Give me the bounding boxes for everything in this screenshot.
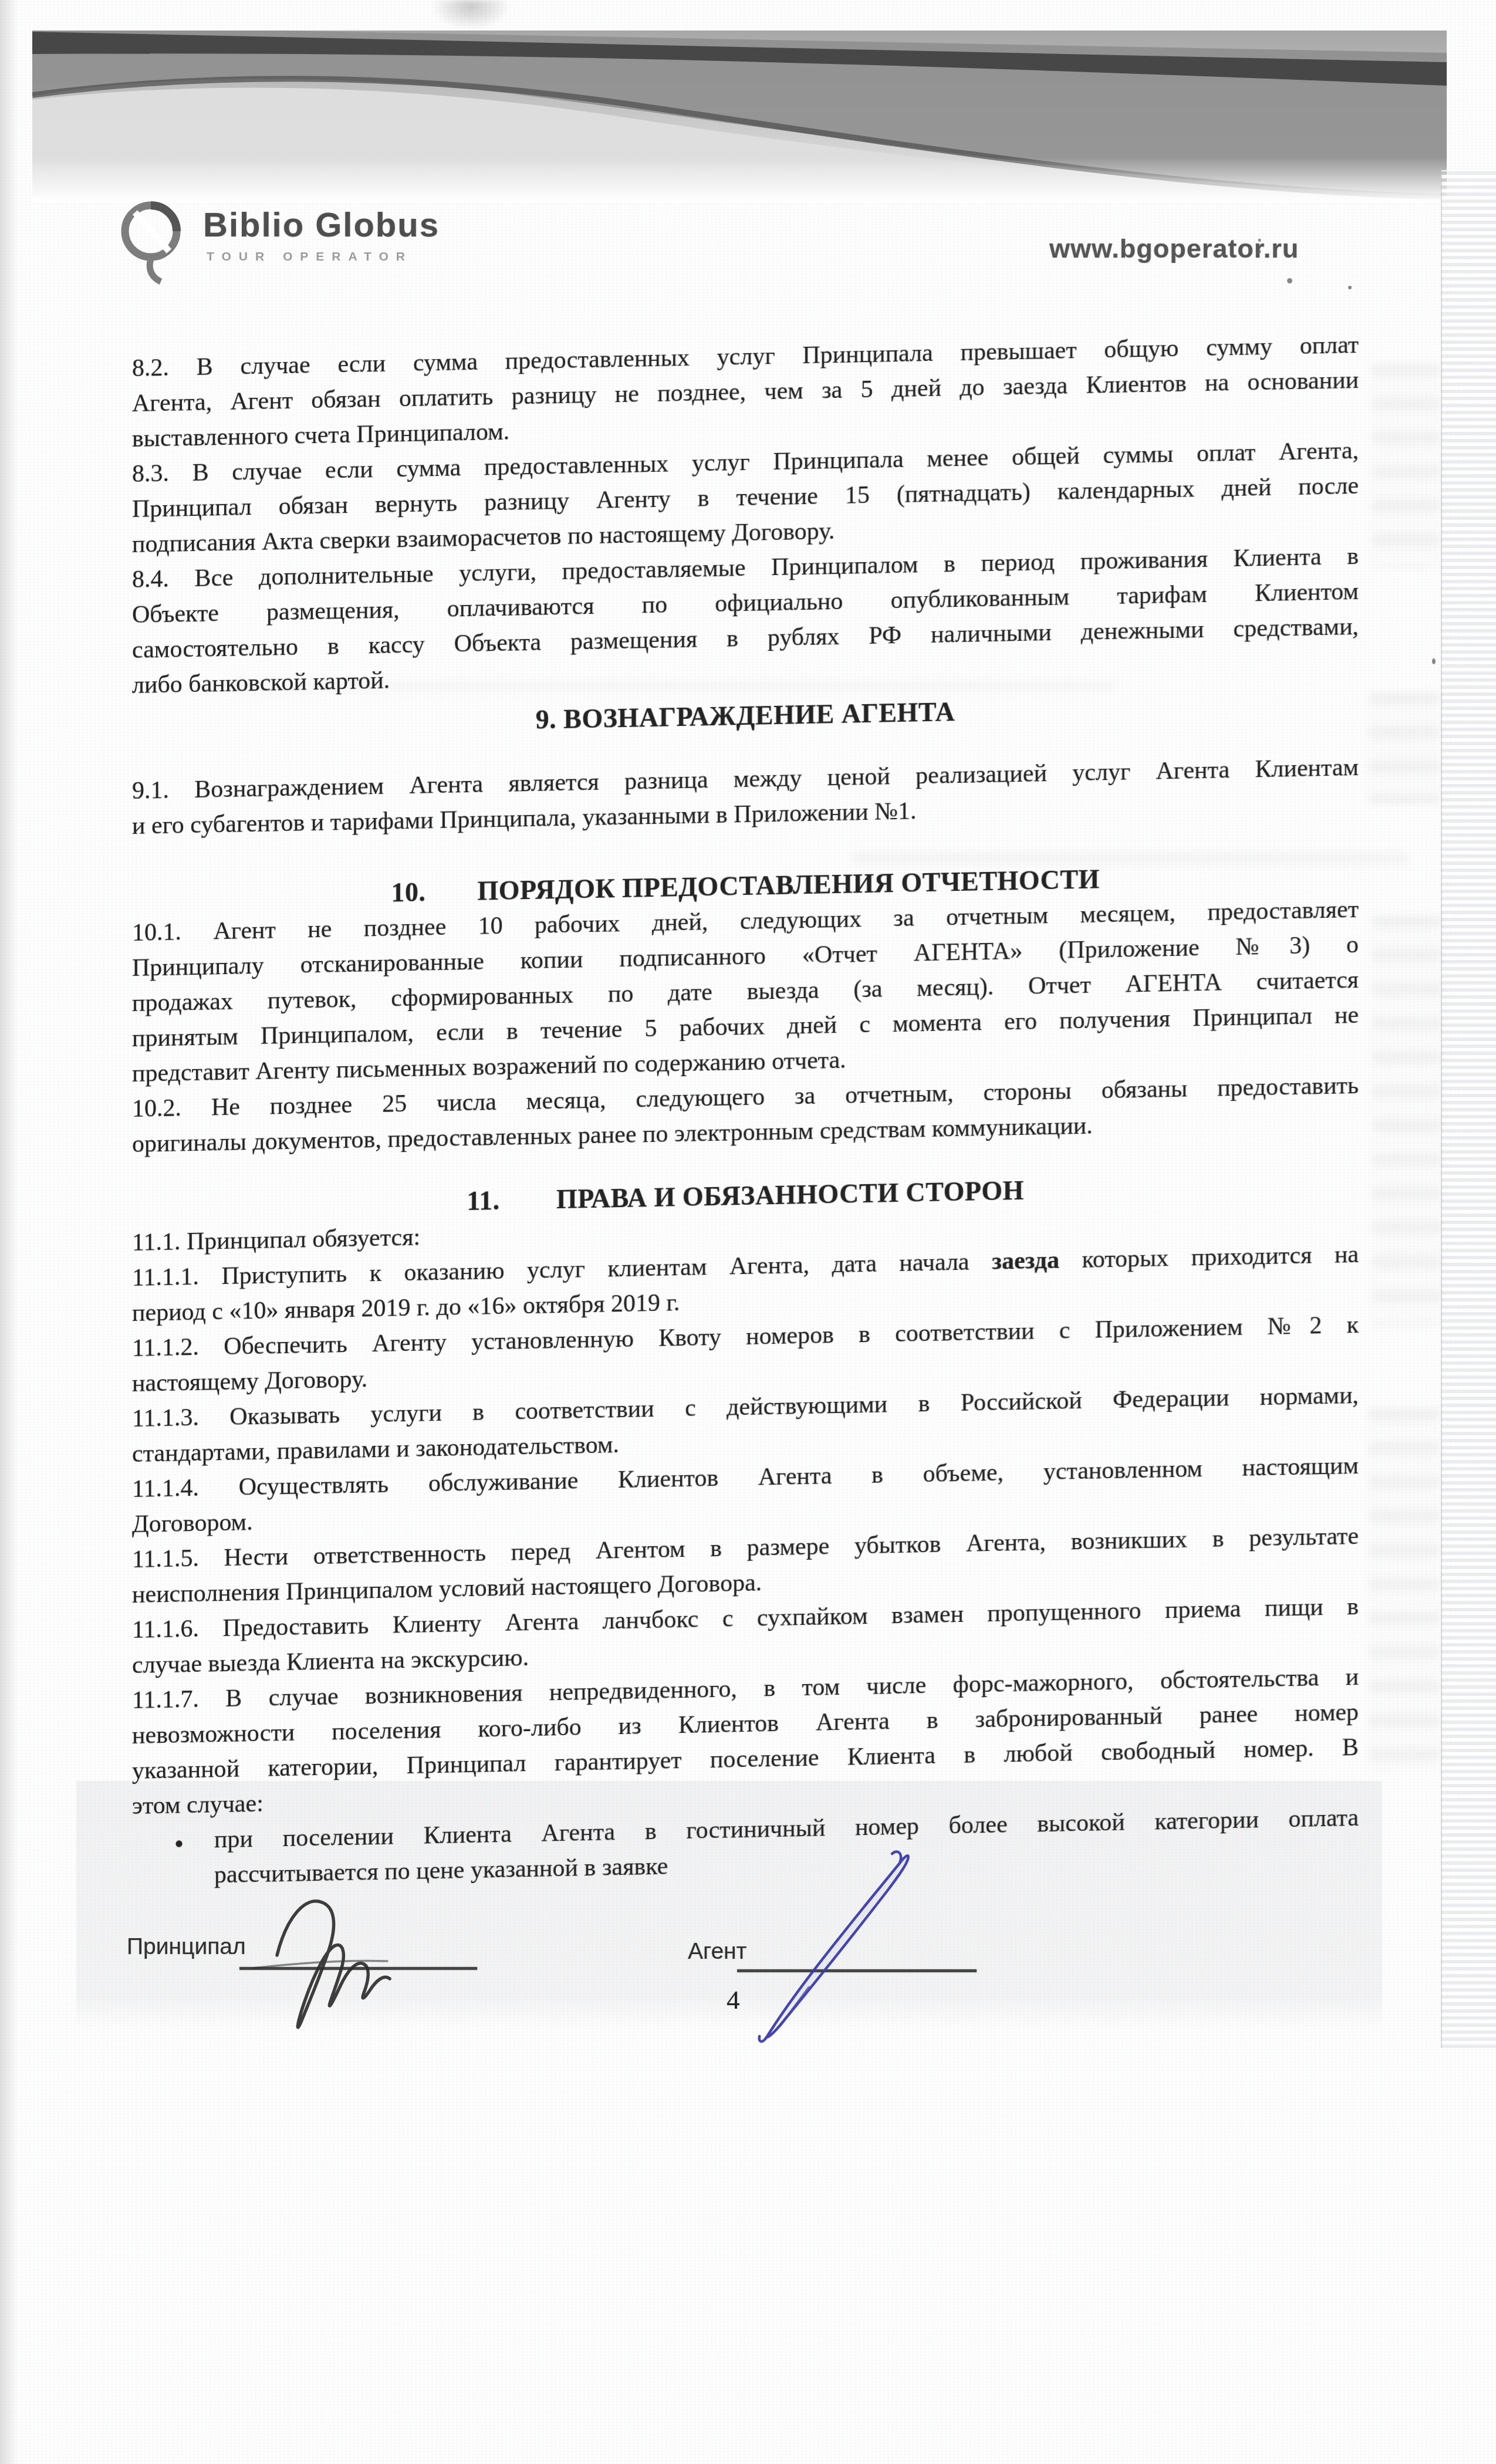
bleedthrough-ghost — [1372, 364, 1440, 569]
scan-smudge — [431, 0, 511, 31]
bold-text-run: заезда — [992, 1247, 1059, 1275]
section-number: 11. — [467, 1183, 499, 1219]
bleedthrough-ghost — [1369, 1408, 1439, 1772]
brand-tagline: TOUR OPERATOR — [207, 250, 413, 264]
scan-speck — [1287, 278, 1292, 283]
principal-label: Принципал — [127, 1934, 246, 1960]
bullet-icon: • — [174, 1826, 184, 1861]
agent-label: Агент — [688, 1939, 747, 1965]
scan-speck — [1432, 658, 1436, 664]
brand-name: Biblio Globus — [203, 205, 440, 245]
agent-signature-line — [737, 1969, 977, 1972]
bleedthrough-ghost — [1369, 692, 1439, 804]
brand-logo: Biblio Globus TOUR OPERATOR — [117, 198, 563, 286]
clause-8-4: 8.4. Все дополнительные услуги, предоста… — [132, 539, 1359, 703]
clause-9-1: 9.1. Вознаграждением Агента является раз… — [132, 750, 1359, 844]
section-number: 10. — [391, 874, 426, 910]
letterhead-wave-banner — [32, 31, 1447, 202]
page-crease — [1441, 170, 1496, 2048]
text-run: которых приходится на — [1059, 1241, 1359, 1274]
contract-body: 8.2. В случае если сумма предоставленных… — [132, 327, 1359, 1894]
bleedthrough-ghost — [1372, 915, 1441, 1326]
scan-left-edge-shadow — [0, 0, 18, 2464]
clause-10-1: 10.1. Агент не позднее 10 рабочих дней, … — [132, 892, 1359, 1091]
clause-11-1-7: 11.1.7. В случае возникновения непредвид… — [132, 1659, 1359, 1824]
scan-colon-artifact: : — [1256, 230, 1263, 259]
scanned-contract-page: Biblio Globus TOUR OPERATOR www.bgoperat… — [0, 0, 1496, 2464]
scan-speck — [1348, 286, 1352, 289]
principal-signature-line — [239, 1967, 477, 1970]
page-number: 4 — [727, 1985, 740, 2015]
globe-swirl-icon — [117, 194, 191, 286]
